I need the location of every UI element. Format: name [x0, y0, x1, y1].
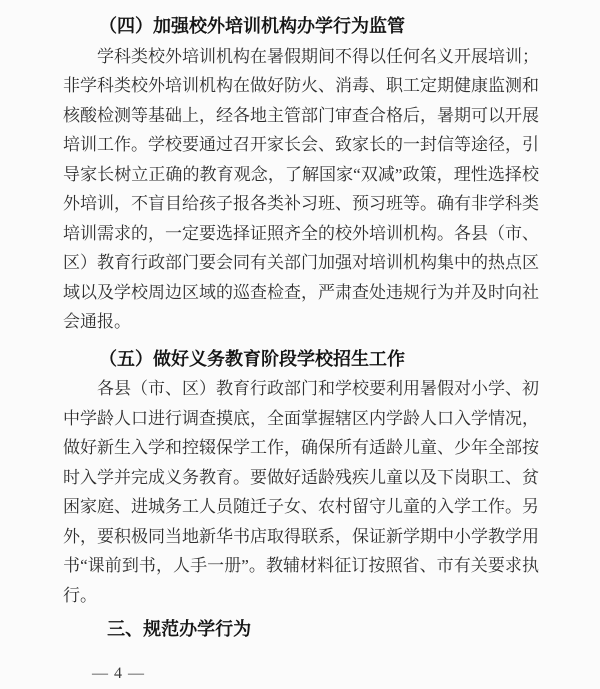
section-5-paragraph: 各县（市、区）教育行政部门和学校要利用暑假对小学、初中学龄人口进行调查摸底，全面…: [63, 374, 539, 610]
section-5-heading: （五）做好义务教育阶段学校招生工作: [63, 345, 539, 375]
section-4-paragraph: 学科类校外培训机构在暑假期间不得以任何名义开展培训；非学科类校外培训机构在做好防…: [63, 42, 539, 337]
document-page: （四）加强校外培训机构办学行为监管 学科类校外培训机构在暑假期间不得以任何名义开…: [0, 0, 600, 689]
page-number: — 4 —: [92, 665, 145, 683]
section-4-heading: （四）加强校外培训机构办学行为监管: [63, 12, 539, 42]
document-body: （四）加强校外培训机构办学行为监管 学科类校外培训机构在暑假期间不得以任何名义开…: [63, 12, 539, 645]
section-3-heading: 三、规范办学行为: [63, 615, 539, 645]
